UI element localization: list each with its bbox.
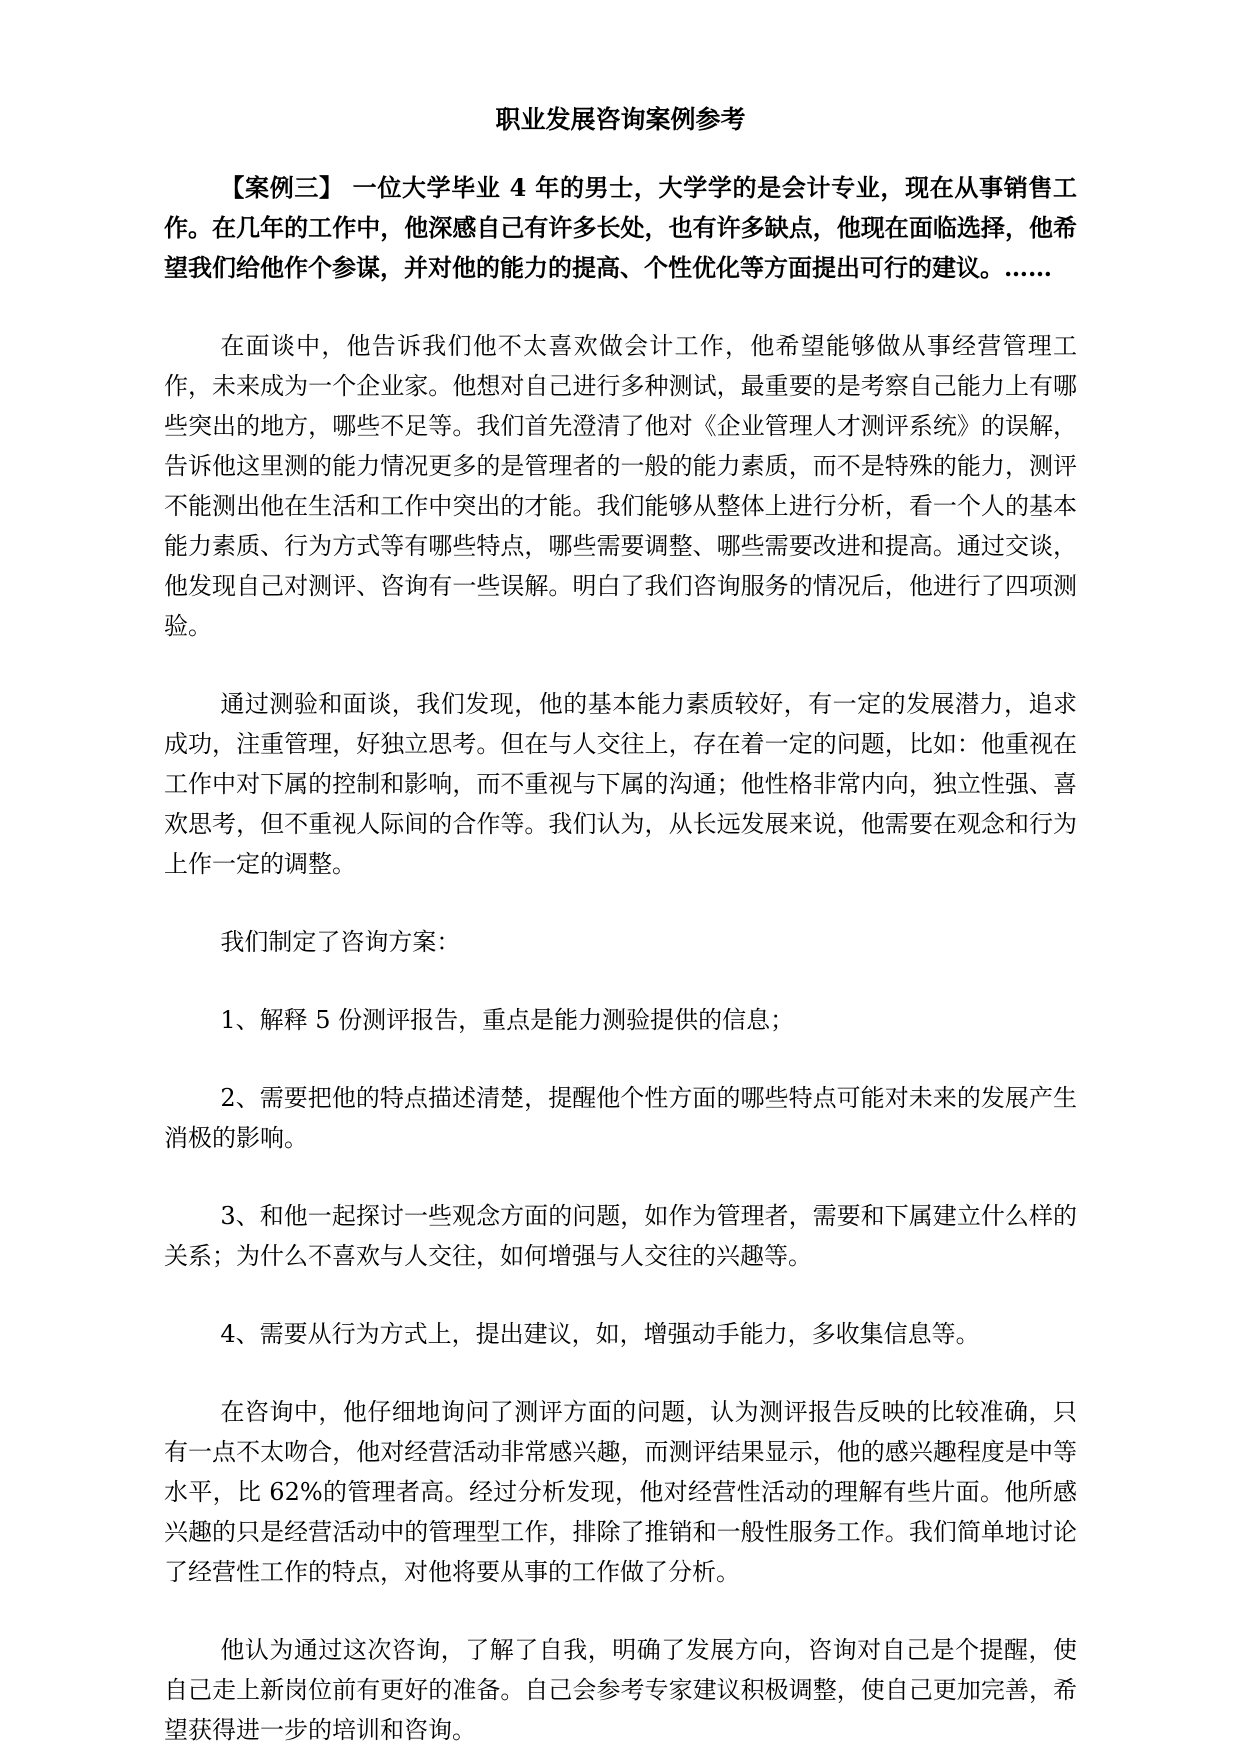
paragraph-conclusion: 他认为通过这次咨询，了解了自我，明确了发展方向，咨询对自己是个提醒，使自己走上新… [164,1630,1077,1750]
paragraph-consulting: 在咨询中，他仔细地询问了测评方面的问题，认为测评报告反映的比较准确，只有一点不太… [164,1392,1077,1592]
paragraph-plan-item-2: 2、需要把他的特点描述清楚，提醒他个性方面的哪些特点可能对未来的发展产生消极的影… [164,1078,1077,1158]
paragraph-interview: 在面谈中，他告诉我们他不太喜欢做会计工作，他希望能够做从事经营管理工作，未来成为… [164,326,1077,646]
paragraph-case-lead: 【案例三】 一位大学毕业 4 年的男士，大学学的是会计专业，现在从事销售工作。在… [164,168,1077,288]
paragraph-plan-intro: 我们制定了咨询方案： [164,922,1077,962]
document-title: 职业发展咨询案例参考 [164,100,1077,140]
paragraph-plan-item-1: 1、解释 5 份测评报告，重点是能力测验提供的信息； [164,1000,1077,1040]
paragraph-plan-item-4: 4、需要从行为方式上，提出建议，如，增强动手能力，多收集信息等。 [164,1314,1077,1354]
paragraph-plan-item-3: 3、和他一起探讨一些观念方面的问题，如作为管理者，需要和下属建立什么样的关系；为… [164,1196,1077,1276]
paragraph-findings: 通过测验和面谈，我们发现，他的基本能力素质较好，有一定的发展潜力，追求成功，注重… [164,684,1077,884]
document-page: 职业发展咨询案例参考 【案例三】 一位大学毕业 4 年的男士，大学学的是会计专业… [0,0,1241,1754]
